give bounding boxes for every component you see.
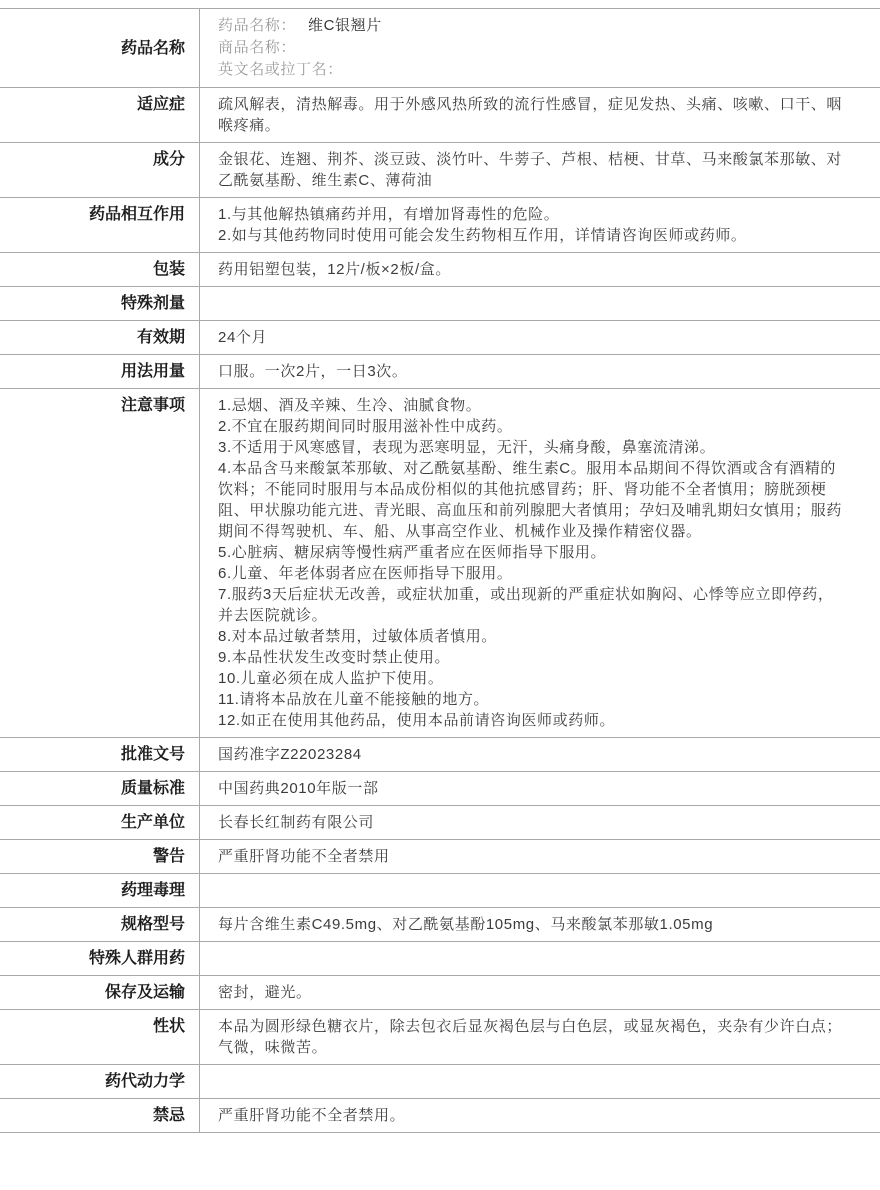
drug-info-table: 药品名称药品名称：维C银翘片商品名称：英文名或拉丁名：适应症疏风解表，清热解毒。… <box>0 8 880 1133</box>
list-item: 8.对本品过敏者禁用，过敏体质者慎用。 <box>218 626 846 647</box>
table-row: 生产单位长春长红制药有限公司 <box>0 806 880 840</box>
field-label: 英文名或拉丁名： <box>218 61 343 78</box>
list-item: 7.服药3天后症状无改善，或症状加重，或出现新的严重症状如胸闷、心悸等应立即停药… <box>218 584 846 626</box>
list-item: 1.与其他解热镇痛药并用，有增加肾毒性的危险。 <box>218 204 846 225</box>
row-content: 疏风解表，清热解毒。用于外感风热所致的流行性感冒，症见发热、头痛、咳嗽、口干、咽… <box>200 88 880 142</box>
field-label: 药品名称： <box>218 17 296 34</box>
field-label: 商品名称： <box>218 39 296 56</box>
field-line: 商品名称： <box>218 37 846 59</box>
list-item: 2.如与其他药物同时使用可能会发生药物相互作用，详情请咨询医师或药师。 <box>218 225 846 246</box>
row-label: 特殊剂量 <box>0 287 200 320</box>
row-label: 特殊人群用药 <box>0 942 200 975</box>
table-row: 特殊人群用药 <box>0 942 880 976</box>
row-label: 注意事项 <box>0 389 200 737</box>
row-content: 每片含维生素C49.5mg、对乙酰氨基酚105mg、马来酸氯苯那敏1.05mg <box>200 908 880 941</box>
row-content <box>200 287 880 320</box>
row-label: 适应症 <box>0 88 200 142</box>
row-content: 密封，避光。 <box>200 976 880 1009</box>
row-content: 严重肝肾功能不全者禁用 <box>200 840 880 873</box>
list-item: 4.本品含马来酸氯苯那敏、对乙酰氨基酚、维生素C。服用本品期间不得饮酒或含有酒精… <box>218 458 846 542</box>
field-line: 药品名称：维C银翘片 <box>218 15 846 37</box>
table-row: 用法用量口服。一次2片，一日3次。 <box>0 355 880 389</box>
table-row: 药代动力学 <box>0 1065 880 1099</box>
table-row: 有效期24个月 <box>0 321 880 355</box>
row-label: 药品相互作用 <box>0 198 200 252</box>
table-row: 药理毒理 <box>0 874 880 908</box>
row-content <box>200 942 880 975</box>
row-content: 1.与其他解热镇痛药并用，有增加肾毒性的危险。2.如与其他药物同时使用可能会发生… <box>200 198 880 252</box>
list-item: 3.不适用于风寒感冒，表现为恶寒明显，无汗，头痛身酸，鼻塞流清涕。 <box>218 437 846 458</box>
table-row: 药品名称药品名称：维C银翘片商品名称：英文名或拉丁名： <box>0 9 880 88</box>
row-label: 药品名称 <box>0 9 200 87</box>
row-content: 1.忌烟、酒及辛辣、生冷、油腻食物。2.不宜在服药期间同时服用滋补性中成药。3.… <box>200 389 880 737</box>
row-label: 批准文号 <box>0 738 200 771</box>
row-label: 包装 <box>0 253 200 286</box>
table-row: 质量标准中国药典2010年版一部 <box>0 772 880 806</box>
row-content: 严重肝肾功能不全者禁用。 <box>200 1099 880 1132</box>
row-label: 性状 <box>0 1010 200 1064</box>
row-content: 药用铝塑包装，12片/板×2板/盒。 <box>200 253 880 286</box>
list-item: 9.本品性状发生改变时禁止使用。 <box>218 647 846 668</box>
row-content: 金银花、连翘、荆芥、淡豆豉、淡竹叶、牛蒡子、芦根、桔梗、甘草、马来酸氯苯那敏、对… <box>200 143 880 197</box>
list-item: 11.请将本品放在儿童不能接触的地方。 <box>218 689 846 710</box>
row-label: 成分 <box>0 143 200 197</box>
row-content: 本品为圆形绿色糖衣片，除去包衣后显灰褐色层与白色层，或显灰褐色，夹杂有少许白点；… <box>200 1010 880 1064</box>
table-row: 注意事项1.忌烟、酒及辛辣、生冷、油腻食物。2.不宜在服药期间同时服用滋补性中成… <box>0 389 880 738</box>
row-content: 24个月 <box>200 321 880 354</box>
row-label: 用法用量 <box>0 355 200 388</box>
table-row: 特殊剂量 <box>0 287 880 321</box>
row-content: 长春长红制药有限公司 <box>200 806 880 839</box>
row-content <box>200 1065 880 1098</box>
row-content: 国药准字Z22023284 <box>200 738 880 771</box>
table-row: 保存及运输密封，避光。 <box>0 976 880 1010</box>
row-label: 药理毒理 <box>0 874 200 907</box>
row-content <box>200 874 880 907</box>
row-content: 药品名称：维C银翘片商品名称：英文名或拉丁名： <box>200 9 880 87</box>
row-label: 规格型号 <box>0 908 200 941</box>
table-row: 警告严重肝肾功能不全者禁用 <box>0 840 880 874</box>
field-line: 英文名或拉丁名： <box>218 59 846 81</box>
row-label: 生产单位 <box>0 806 200 839</box>
row-label: 质量标准 <box>0 772 200 805</box>
row-label: 警告 <box>0 840 200 873</box>
list-item: 1.忌烟、酒及辛辣、生冷、油腻食物。 <box>218 395 846 416</box>
table-row: 成分金银花、连翘、荆芥、淡豆豉、淡竹叶、牛蒡子、芦根、桔梗、甘草、马来酸氯苯那敏… <box>0 143 880 198</box>
list-item: 10.儿童必须在成人监护下使用。 <box>218 668 846 689</box>
row-label: 保存及运输 <box>0 976 200 1009</box>
page: { "colors": { "background": "#ffffff", "… <box>0 0 880 1190</box>
table-row: 包装药用铝塑包装，12片/板×2板/盒。 <box>0 253 880 287</box>
table-row: 规格型号每片含维生素C49.5mg、对乙酰氨基酚105mg、马来酸氯苯那敏1.0… <box>0 908 880 942</box>
table-row: 批准文号国药准字Z22023284 <box>0 738 880 772</box>
table-row: 性状本品为圆形绿色糖衣片，除去包衣后显灰褐色层与白色层，或显灰褐色，夹杂有少许白… <box>0 1010 880 1065</box>
list-item: 12.如正在使用其他药品，使用本品前请咨询医师或药师。 <box>218 710 846 731</box>
table-row: 适应症疏风解表，清热解毒。用于外感风热所致的流行性感冒，症见发热、头痛、咳嗽、口… <box>0 88 880 143</box>
row-content: 口服。一次2片，一日3次。 <box>200 355 880 388</box>
table-row: 禁忌严重肝肾功能不全者禁用。 <box>0 1099 880 1133</box>
table-row: 药品相互作用1.与其他解热镇痛药并用，有增加肾毒性的危险。2.如与其他药物同时使… <box>0 198 880 253</box>
row-label: 有效期 <box>0 321 200 354</box>
list-item: 2.不宜在服药期间同时服用滋补性中成药。 <box>218 416 846 437</box>
list-item: 6.儿童、年老体弱者应在医师指导下服用。 <box>218 563 846 584</box>
drug-name-value: 维C银翘片 <box>308 17 382 34</box>
row-content: 中国药典2010年版一部 <box>200 772 880 805</box>
row-label: 药代动力学 <box>0 1065 200 1098</box>
row-label: 禁忌 <box>0 1099 200 1132</box>
list-item: 5.心脏病、糖尿病等慢性病严重者应在医师指导下服用。 <box>218 542 846 563</box>
